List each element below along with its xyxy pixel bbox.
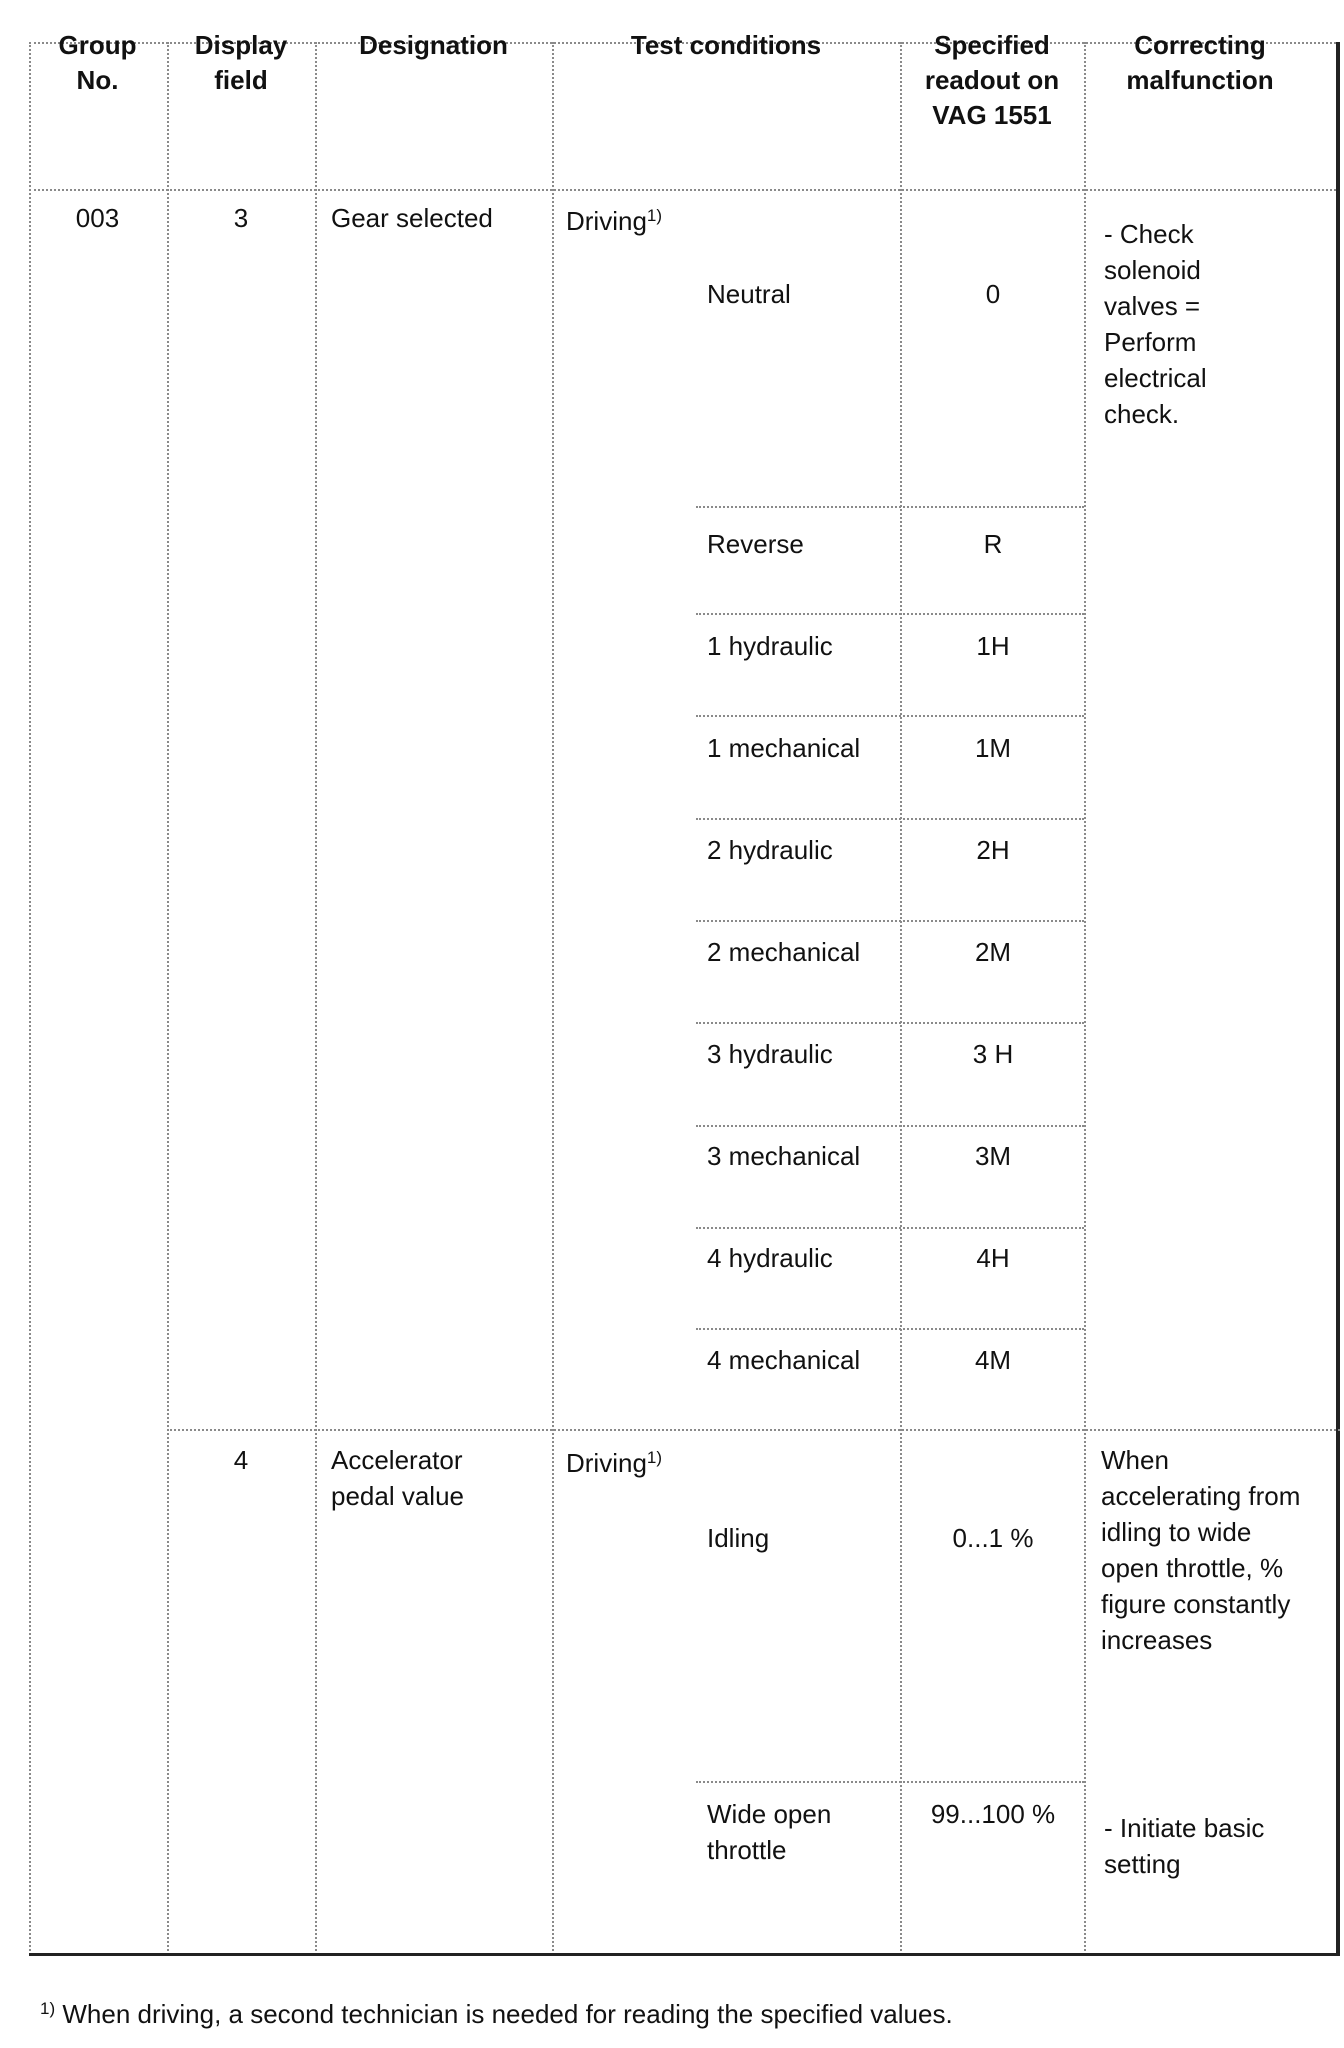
gear-condition: 1 hydraulic (707, 628, 833, 664)
gear-readout: 2M (902, 934, 1084, 970)
row-separator (167, 1429, 1340, 1431)
footnote-ref: 1) (647, 206, 662, 225)
gear-condition: 4 mechanical (707, 1342, 860, 1378)
gear-condition: Neutral (707, 276, 791, 312)
subrow-line (696, 1227, 1084, 1229)
gear-readout: 1M (902, 730, 1084, 766)
gear-condition: 1 mechanical (707, 730, 860, 766)
designation-accelerator-pedal: Accelerator pedal value (331, 1442, 531, 1514)
pedal-condition: Wide open throttle (707, 1796, 887, 1868)
group-number: 003 (40, 200, 155, 236)
test-condition-driving: Driving1) (566, 203, 766, 239)
gear-condition: 2 mechanical (707, 934, 860, 970)
header-display-field: Display field (178, 28, 304, 98)
gear-condition: 3 hydraulic (707, 1036, 833, 1072)
gear-condition: 2 hydraulic (707, 832, 833, 868)
gear-condition: 4 hydraulic (707, 1240, 833, 1276)
footnote-ref: 1) (647, 1448, 662, 1467)
footnote: 1) When driving, a second technician is … (40, 1996, 1320, 2032)
test-condition-label: Driving (566, 206, 647, 236)
col-border-2 (315, 42, 317, 1955)
subrow-line (696, 715, 1084, 717)
subrow-line (696, 1022, 1084, 1024)
gear-readout: 3M (902, 1138, 1084, 1174)
table-bottom-border (29, 1953, 1340, 1956)
correcting-gear-selected: - Check solenoid valves = Perform electr… (1104, 216, 1254, 432)
gear-readout: 3 H (902, 1036, 1084, 1072)
header-bottom-border (29, 189, 1340, 191)
col-border-0 (29, 42, 31, 1955)
test-condition-driving-2: Driving1) (566, 1445, 766, 1481)
correcting-idling: When accelerating from idling to wide op… (1101, 1442, 1301, 1658)
display-field-3: 3 (178, 200, 304, 236)
header-group-no: Group No. (40, 28, 155, 98)
display-field-4: 4 (178, 1442, 304, 1478)
gear-condition: Reverse (707, 526, 804, 562)
pedal-readout: 99...100 % (902, 1796, 1084, 1832)
test-condition-label: Driving (566, 1448, 647, 1478)
pedal-condition: Idling (707, 1520, 769, 1556)
subrow-line (696, 1781, 1084, 1783)
header-correcting-malfunction: Correcting malfunction (1094, 28, 1306, 98)
col-border-1 (167, 42, 169, 1955)
header-designation: Designation (326, 28, 541, 63)
col-border-3 (552, 42, 554, 1955)
subrow-line (696, 1328, 1084, 1330)
col-border-4 (900, 42, 902, 1955)
designation-gear-selected: Gear selected (331, 200, 546, 236)
col-border-5 (1084, 42, 1086, 1955)
footnote-marker: 1) (40, 1999, 55, 2018)
subrow-line (696, 506, 1084, 508)
footnote-text: When driving, a second technician is nee… (62, 1999, 952, 2029)
subrow-line (696, 920, 1084, 922)
gear-readout: R (902, 526, 1084, 562)
header-specified-readout: Specified readout on VAG 1551 (910, 28, 1074, 133)
gear-readout: 1H (902, 628, 1084, 664)
header-test-conditions: Test conditions (563, 28, 889, 63)
gear-condition: 3 mechanical (707, 1138, 860, 1174)
table-right-border (1336, 42, 1340, 1955)
subrow-line (696, 818, 1084, 820)
correcting-wide-open: - Initiate basic setting (1104, 1810, 1304, 1882)
gear-readout: 0 (902, 276, 1084, 312)
gear-readout: 2H (902, 832, 1084, 868)
pedal-readout: 0...1 % (902, 1520, 1084, 1556)
subrow-line (696, 1125, 1084, 1127)
gear-readout: 4H (902, 1240, 1084, 1276)
subrow-line (696, 613, 1084, 615)
gear-readout: 4M (902, 1342, 1084, 1378)
